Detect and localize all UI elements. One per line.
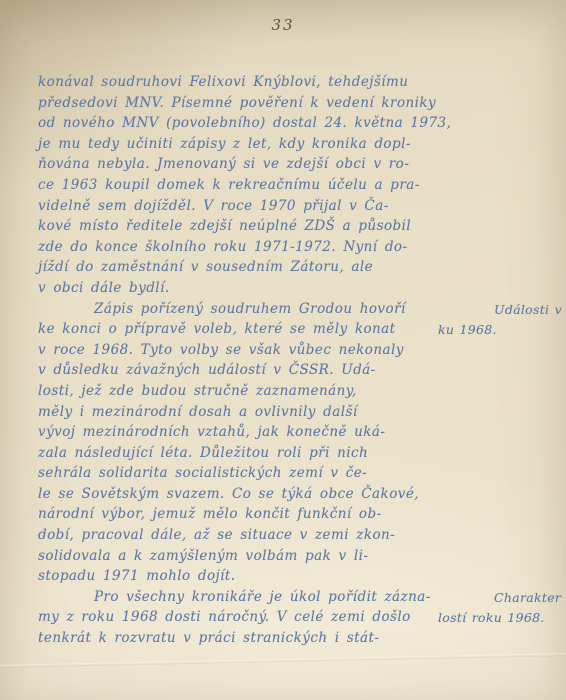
handwritten-line: le se Sovětským svazem. Co se týká obce … (38, 484, 440, 505)
handwritten-line: je mu tedy učiniti zápisy z let, kdy kro… (38, 134, 440, 155)
handwritten-line: v důsledku závažných událostí v ČSSR. Ud… (38, 360, 440, 381)
handwritten-line: dobí, pracoval dále, až se situace v zem… (38, 525, 440, 546)
handwritten-line: tenkrát k rozvratu v práci stranických i… (38, 628, 440, 649)
margin-note: Události v ro-ku 1968. (438, 300, 566, 340)
paragraph: Zápis pořízený soudruhem Grodou hovoříke… (38, 299, 440, 587)
handwritten-line: od nového MNV (povolebního) dostal 24. k… (38, 113, 440, 134)
handwritten-line: zde do konce školního roku 1971-1972. Ny… (38, 237, 440, 258)
handwritten-line: předsedovi MNV. Písemné pověření k veden… (38, 93, 440, 114)
handwritten-line: sehrála solidarita socialistických zemí … (38, 463, 440, 484)
margin-note: Charakter udá-lostí roku 1968. (438, 588, 566, 628)
handwritten-line: ke konci o přípravě voleb, které se měly… (38, 319, 440, 340)
handwritten-line: jíždí do zaměstnání v sousedním Zátoru, … (38, 257, 440, 278)
handwritten-line: stopadu 1971 mohlo dojít. (38, 566, 440, 587)
paragraph: konával soudruhovi Felixovi Knýblovi, te… (38, 72, 440, 299)
chronicle-page: 33 konával soudruhovi Felixovi Knýblovi,… (0, 0, 566, 700)
handwritten-line: Zápis pořízený soudruhem Grodou hovoří (38, 299, 440, 320)
handwritten-line: kové místo ředitele zdejší neúplné ZDŠ a… (38, 216, 440, 237)
handwritten-line: ňována nebyla. Jmenovaný si ve zdejší ob… (38, 154, 440, 175)
handwritten-line: národní výbor, jemuž mělo končit funkční… (38, 504, 440, 525)
margin-note-line: Události v ro- (438, 300, 566, 320)
handwritten-text-block: konával soudruhovi Felixovi Knýblovi, te… (38, 72, 440, 649)
handwritten-line: solidovala a k zamýšleným volbám pak v l… (38, 546, 440, 567)
handwritten-line: my z roku 1968 dosti náročný. V celé zem… (38, 607, 440, 628)
handwritten-line: v obci dále bydlí. (38, 278, 440, 299)
margin-note-line: ku 1968. (438, 320, 566, 340)
paper-crease (0, 653, 566, 668)
page-number: 33 (0, 16, 566, 34)
handwritten-line: videlně sem dojížděl. V roce 1970 přijal… (38, 196, 440, 217)
handwritten-line: konával soudruhovi Felixovi Knýblovi, te… (38, 72, 440, 93)
handwritten-line: Pro všechny kronikáře je úkol pořídit zá… (38, 587, 440, 608)
handwritten-line: měly i mezinárodní dosah a ovlivnily dal… (38, 402, 440, 423)
margin-note-line: Charakter udá- (438, 588, 566, 608)
handwritten-line: v roce 1968. Tyto volby se však vůbec ne… (38, 340, 440, 361)
margin-note-line: lostí roku 1968. (438, 608, 566, 628)
handwritten-line: zala následující léta. Důležitou roli př… (38, 443, 440, 464)
handwritten-line: vývoj mezinárodních vztahů, jak konečně … (38, 422, 440, 443)
handwritten-line: ce 1963 koupil domek k rekreačnímu účelu… (38, 175, 440, 196)
handwritten-line: losti, jež zde budou stručně zaznamenány… (38, 381, 440, 402)
paragraph: Pro všechny kronikáře je úkol pořídit zá… (38, 587, 440, 649)
